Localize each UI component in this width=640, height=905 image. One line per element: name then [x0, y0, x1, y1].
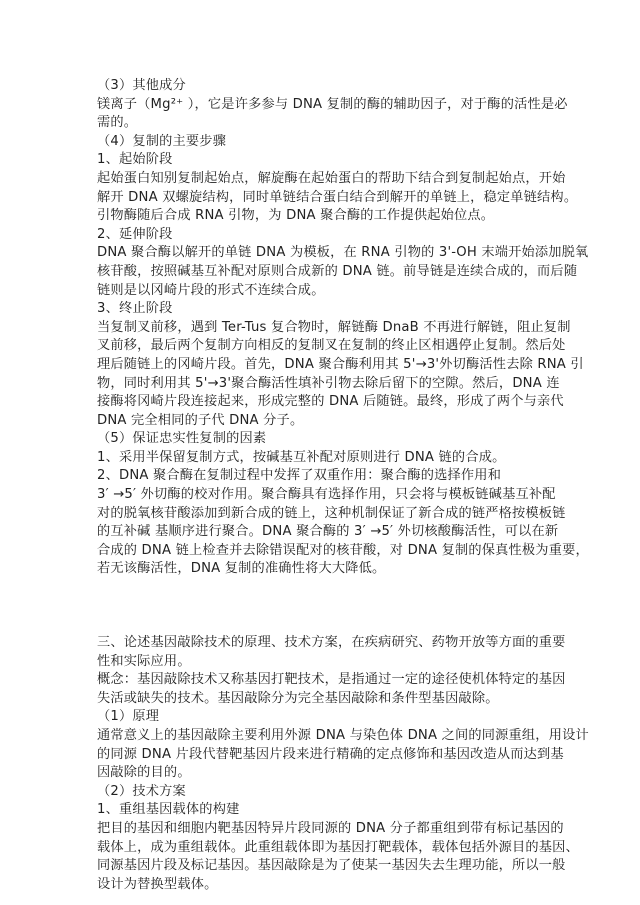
paragraph-line: 核苷酸，按照碱基互补配对原则合成新的 DNA 链。前导链是连续合成的，而后随 — [97, 263, 557, 282]
paragraph-line: 理后随链上的冈崎片段。首先，DNA 聚合酶利用其 5'→3'外切酶活性去除 RN… — [97, 356, 557, 375]
paragraph-line: 的同源 DNA 片段代替靶基因片段来进行精确的定点修饰和基因改造从而达到基 — [97, 746, 557, 765]
paragraph-line: 若无该酶活性，DNA 复制的准确性将大大降低。 — [97, 560, 557, 579]
paragraph-line: DNA 完全相同的子代 DNA 分子。 — [97, 412, 557, 431]
section-three-question: 三、论述基因敲除技术的原理、技术方案，在疾病研究、药物开放等方面的重要 — [97, 634, 557, 653]
paragraph-line: 起始蛋白知别复制起始点，解旋酶在起始蛋白的帮助下结合到复制起始点，开始 — [97, 170, 557, 189]
paragraph-line: 合成的 DNA 链上检查并去除错误配对的核苷酸，对 DNA 复制的保真性极为重要… — [97, 542, 557, 561]
paragraph-line: 因敲除的目的。 — [97, 764, 557, 783]
paragraph-line: 载体上，成为重组载体。此重组载体即为基因打靶载体，载体包括外源目的基因、 — [97, 839, 557, 858]
paragraph-line: 对的脱氧核苷酸添加到新合成的链上，这种机制保证了新合成的链严格按模板链 — [97, 505, 557, 524]
paragraph-line: 叉前移，最后两个复制方向相反的复制叉在复制的终止区相遇停止复制。然后处 — [97, 337, 557, 356]
paragraph-line: 物，同时利用其 5'→3'聚合酶活性填补引物去除后留下的空隙。然后，DNA 连 — [97, 375, 557, 394]
document-page: （3）其他成分 镁离子（Mg²⁺ ），它是许多参与 DNA 复制的酶的辅助因子，… — [97, 77, 557, 894]
paragraph-line: 同源基因片段及标记基因。基因敲除是为了使某一基因失去生理功能，所以一般 — [97, 857, 557, 876]
paragraph-line: 当复制叉前移，遇到 Ter-Tus 复合物时，解链酶 DnaB 不再进行解链，阻… — [97, 319, 557, 338]
paragraph-line: 设计为替换型载体。 — [97, 876, 557, 895]
paragraph-line: 通常意义上的基因敲除主要利用外源 DNA 与染色体 DNA 之间的同源重组，用设… — [97, 727, 557, 746]
heading-termination: 3、终止阶段 — [97, 300, 557, 319]
section-spacer — [97, 579, 557, 634]
paragraph-line: 镁离子（Mg²⁺ ），它是许多参与 DNA 复制的酶的辅助因子，对于酶的活性是必 — [97, 96, 557, 115]
paragraph-line: 2、DNA 聚合酶在复制过程中发挥了双重作用：聚合酶的选择作用和 — [97, 467, 557, 486]
paragraph-line: 解开 DNA 双螺旋结构，同时单链结合蛋白结合到解开的单链上，稳定单链结构。 — [97, 189, 557, 208]
heading-vector-construction: 1、重组基因载体的构建 — [97, 801, 557, 820]
concept-line: 失活或缺失的技术。基因敲除分为完全基因敲除和条件型基因敲除。 — [97, 690, 557, 709]
paragraph-line: 3′ →5′ 外切酶的校对作用。聚合酶具有选择作用，只会将与模板链碱基互补配 — [97, 486, 557, 505]
concept-line: 概念：基因敲除技术又称基因打靶技术，是指通过一定的途径使机体特定的基因 — [97, 671, 557, 690]
heading-main-steps: （4）复制的主要步骤 — [97, 133, 557, 152]
paragraph-line: 的互补碱 基顺序进行聚合。DNA 聚合酶的 3′ →5′ 外切核酸酶活性，可以在… — [97, 523, 557, 542]
heading-principle: （1）原理 — [97, 708, 557, 727]
paragraph-line: 需的。 — [97, 114, 557, 133]
heading-other-components: （3）其他成分 — [97, 77, 557, 96]
paragraph-line: 接酶将冈崎片段连接起来，形成完整的 DNA 后随链。最终，形成了两个与亲代 — [97, 393, 557, 412]
heading-initiation: 1、起始阶段 — [97, 151, 557, 170]
paragraph-line: 链则是以冈崎片段的形式不连续合成。 — [97, 282, 557, 301]
heading-fidelity: （5）保证忠实性复制的因素 — [97, 430, 557, 449]
heading-elongation: 2、延伸阶段 — [97, 226, 557, 245]
paragraph-line: DNA 聚合酶以解开的单链 DNA 为模板，在 RNA 引物的 3'-OH 末端… — [97, 244, 557, 263]
paragraph-line: 引物酶随后合成 RNA 引物，为 DNA 聚合酶的工作提供起始位点。 — [97, 207, 557, 226]
heading-technical-scheme: （2）技术方案 — [97, 783, 557, 802]
paragraph-line: 1、采用半保留复制方式，按碱基互补配对原则进行 DNA 链的合成。 — [97, 449, 557, 468]
paragraph-line: 把目的基因和细胞内靶基因特异片段同源的 DNA 分子都重组到带有标记基因的 — [97, 820, 557, 839]
section-three-question: 性和实际应用。 — [97, 653, 557, 672]
